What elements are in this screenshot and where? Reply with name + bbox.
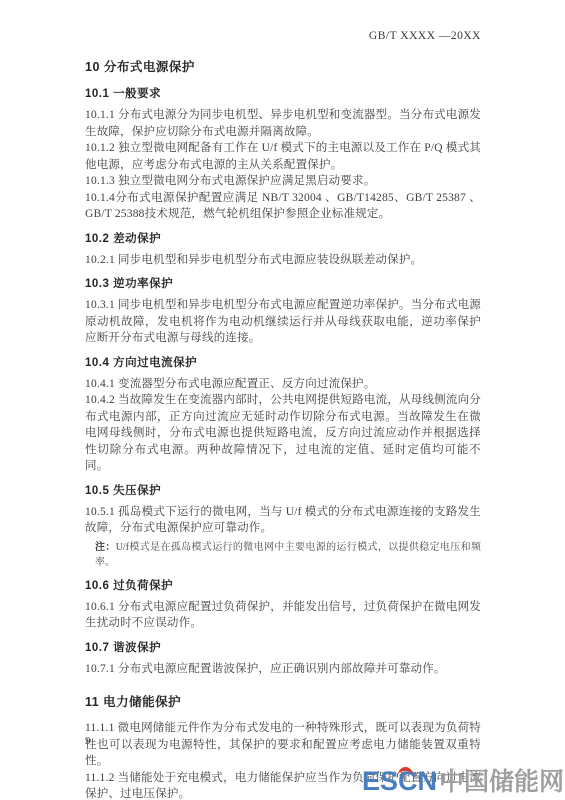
section-heading: 10.5 失压保护 (85, 482, 481, 498)
paragraph: 10.1.3 独立型微电网分布式电源保护应满足黑启动要求。 (85, 173, 481, 190)
paragraph: 10.1.2 独立型微电网配备有工作在 U/f 模式下的主电源以及工作在 P/Q… (85, 140, 481, 173)
paragraph: 11.1.1 微电网储能元件作为分布式发电的一种特殊形式，既可以表现为负荷特性也… (85, 720, 481, 770)
section-heading: 10.4 方向过电流保护 (85, 354, 481, 370)
note: 注：U/f模式是在孤岛模式运行的微电网中主要电源的运行模式，以提供稳定电压和频率… (85, 540, 481, 570)
section-heading: 10.3 逆功率保护 (85, 275, 481, 291)
page-number: 9 (85, 735, 91, 747)
paragraph: 10.6.1 分布式电源应配置过负荷保护，并能发出信号，过负荷保护在微电网发生扰… (85, 599, 481, 632)
section-heading: 10.7 谐波保护 (85, 639, 481, 655)
section-heading: 10.1 一般要求 (85, 85, 481, 101)
paragraph: 10.4.2 当故障发生在变流器内部时，公共电网提供短路电流，从母线侧流向分布式… (85, 392, 481, 475)
document-page: GB/T XXXX —20XX 10 分布式电源保护10.1 一般要求10.1.… (0, 0, 565, 800)
paragraph: 10.5.1 孤岛模式下运行的微电网，当与 U/f 模式的分布式电源连接的支路发… (85, 504, 481, 537)
section-heading: 10.6 过负荷保护 (85, 577, 481, 593)
watermark-escn-text: ESCN (362, 768, 437, 795)
paragraph: 10.1.4分布式电源保护配置应满足 NB/T 32004 、GB/T14285… (85, 190, 481, 223)
section-heading: 10.2 差动保护 (85, 230, 481, 246)
chapter-heading: 10 分布式电源保护 (85, 57, 481, 75)
paragraph: 10.2.1 同步电机型和异步电机型分布式电源应装设纵联差动保护。 (85, 252, 481, 269)
watermark-logo: ESCN 中国储能网 (362, 768, 564, 795)
paragraph: 10.1.1 分布式电源分为同步电机型、异步电机型和变流器型。当分布式电源发生故… (85, 107, 481, 140)
chapter-heading: 11 电力储能保护 (85, 692, 481, 710)
paragraph: 10.4.1 变流器型分布式电源应配置正、反方向过流保护。 (85, 376, 481, 393)
document-code-header: GB/T XXXX —20XX (85, 30, 481, 42)
document-body: 10 分布式电源保护10.1 一般要求10.1.1 分布式电源分为同步电机型、异… (85, 57, 481, 800)
paragraph: 10.3.1 同步电机型和异步电机型分布式电源应配置逆功率保护。当分布式电源原动… (85, 297, 481, 347)
note-label: 注： (95, 542, 116, 553)
paragraph: 10.7.1 分布式电源应配置谐波保护，应正确识别内部故障并可靠动作。 (85, 661, 481, 678)
watermark-chinese-text: 中国储能网 (439, 770, 564, 795)
